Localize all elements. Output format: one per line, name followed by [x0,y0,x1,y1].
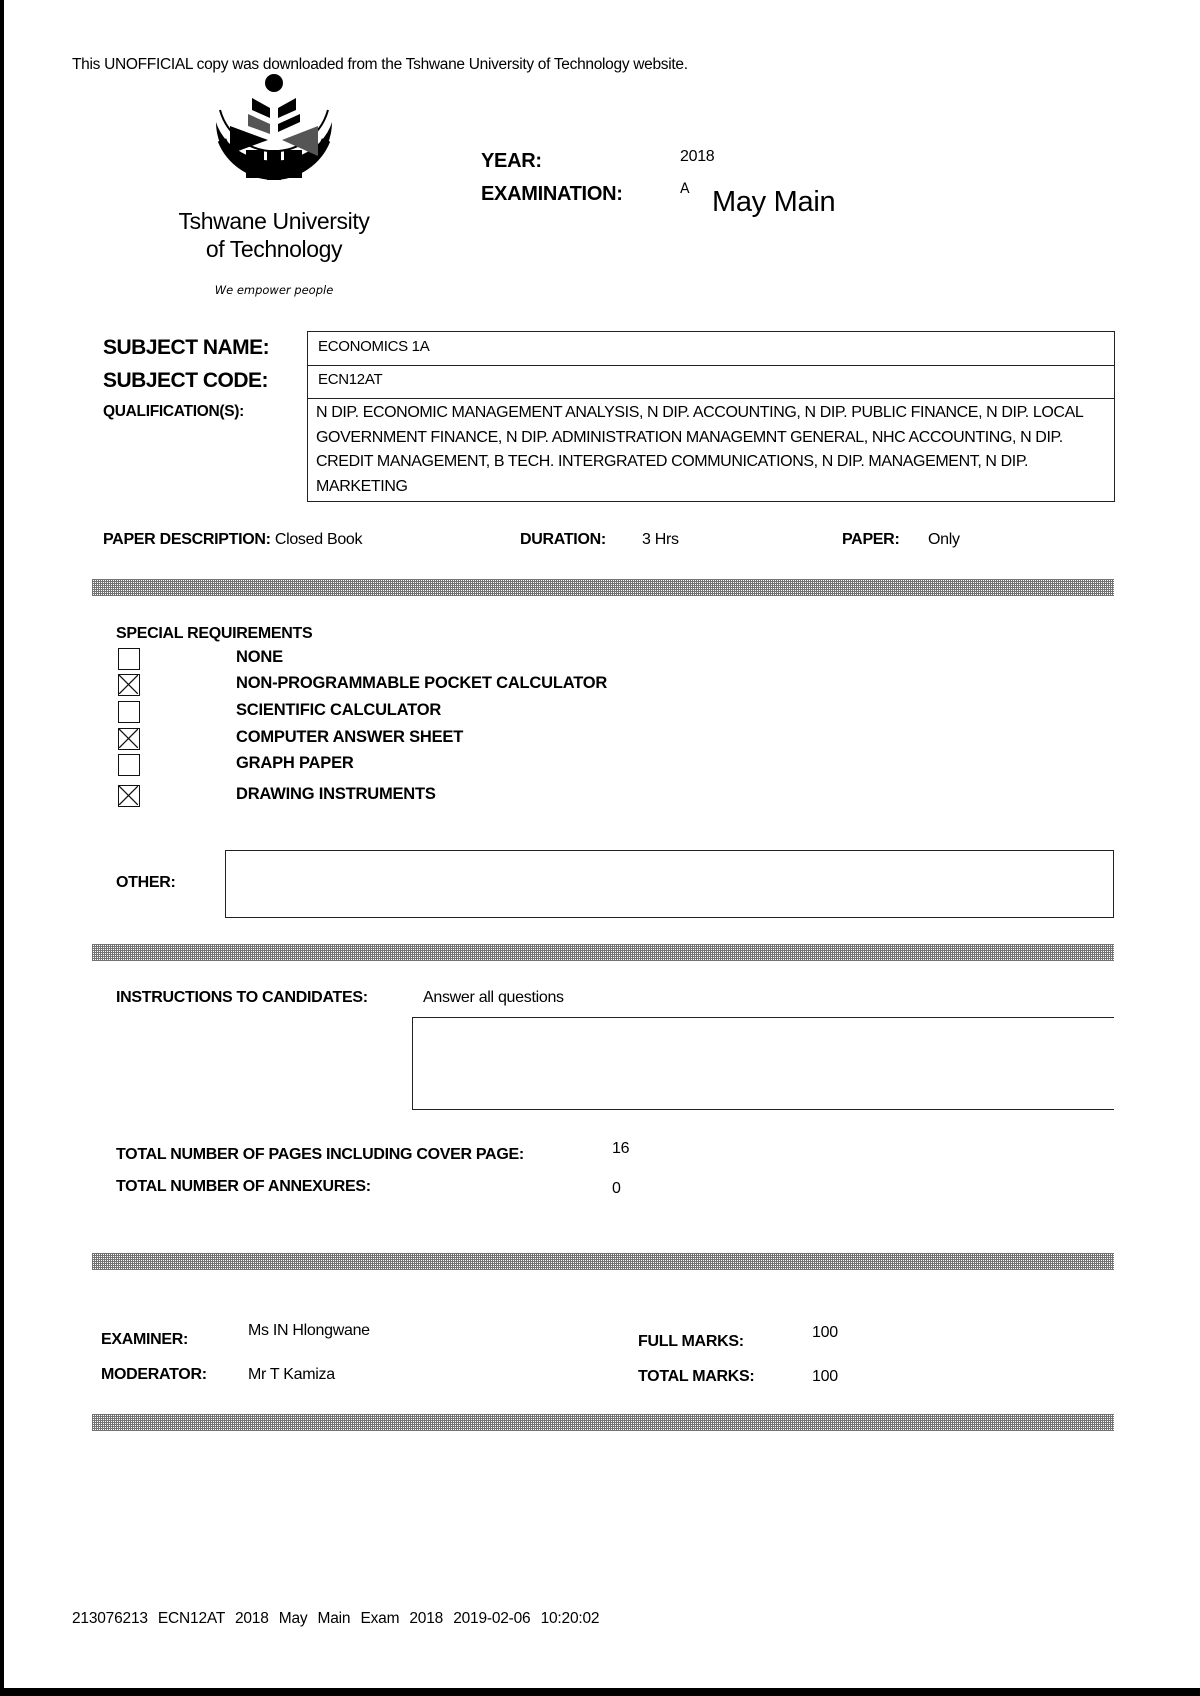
subject-code-label: SUBJECT CODE: [103,369,268,393]
total-pages-value: 16 [612,1140,629,1158]
tut-crest-logo-icon [206,70,342,198]
instructions-value: Answer all questions [423,989,564,1007]
moderator-label: MODERATOR: [101,1366,207,1384]
moderator-value: Mr T Kamiza [248,1366,335,1384]
section-divider [92,1253,1114,1270]
section-divider [92,579,1114,596]
institution-name: Tshwane University of Technology [150,207,398,263]
duration-value: 3 Hrs [642,531,679,549]
duration-label: DURATION: [520,531,606,549]
paper-description-value: Closed Book [275,531,362,548]
paper-value: Only [928,531,960,549]
empty-checkbox-icon[interactable] [118,754,140,776]
requirement-label: COMPUTER ANSWER SHEET [236,728,463,747]
empty-checkbox-icon[interactable] [118,701,140,723]
requirement-label: GRAPH PAPER [236,754,354,773]
examination-label: EXAMINATION: [481,183,623,206]
page-left-border [0,0,4,1696]
page-bottom-border [0,1688,1200,1696]
footer-subject-code: ECN12AT [158,1610,225,1627]
checked-box-icon[interactable] [118,728,140,750]
paper-description: PAPER DESCRIPTION: Closed Book [103,531,362,549]
special-requirements-title: SPECIAL REQUIREMENTS [116,625,312,643]
qualifications-label: QUALIFICATION(S): [103,403,244,421]
download-footer: 213076213 ECN12AT 2018 May Main Exam 201… [72,1610,599,1628]
requirement-label: NONE [236,648,283,667]
qualifications-value: N DIP. ECONOMIC MANAGEMENT ANALYSIS, N D… [316,401,1116,499]
total-marks-label: TOTAL MARKS: [638,1368,754,1386]
paper-label: PAPER: [842,531,899,549]
other-label: OTHER: [116,874,176,892]
examination-prefix: A [680,181,690,197]
full-marks-value: 100 [812,1324,838,1342]
paper-description-label: PAPER DESCRIPTION: [103,531,271,548]
requirement-label: SCIENTIFIC CALCULATOR [236,701,441,720]
subject-code-field [307,365,1115,399]
footer-timestamp: 2019-02-06 10:20:02 [453,1610,599,1627]
unofficial-notice: This UNOFFICIAL copy was downloaded from… [72,56,688,74]
footer-year: 2018 [235,1610,269,1627]
subject-code-value: ECN12AT [318,371,382,388]
full-marks-label: FULL MARKS: [638,1333,744,1351]
total-annexures-value: 0 [612,1180,621,1198]
institution-tagline: We empower people [150,283,398,297]
examiner-label: EXAMINER: [101,1331,188,1349]
section-divider [92,944,1114,961]
total-annexures-label: TOTAL NUMBER OF ANNEXURES: [116,1178,371,1196]
checked-box-icon[interactable] [118,785,140,807]
subject-name-label: SUBJECT NAME: [103,336,269,360]
requirement-label: DRAWING INSTRUMENTS [236,785,436,804]
institution-name-line1: Tshwane University [150,207,398,235]
total-pages-label: TOTAL NUMBER OF PAGES INCLUDING COVER PA… [116,1146,524,1164]
footer-student-number: 213076213 [72,1610,148,1627]
subject-name-value: ECONOMICS 1A [318,338,429,355]
instructions-label: INSTRUCTIONS TO CANDIDATES: [116,989,368,1007]
total-marks-value: 100 [812,1368,838,1386]
empty-checkbox-icon[interactable] [118,648,140,670]
requirement-label: NON-PROGRAMMABLE POCKET CALCULATOR [236,674,607,693]
examiner-value: Ms IN Hlongwane [248,1322,370,1340]
examination-value: May Main [712,186,835,219]
year-value: 2018 [680,148,714,166]
institution-name-line2: of Technology [150,235,398,263]
instructions-field [412,1017,1114,1110]
year-label: YEAR: [481,150,542,173]
checked-box-icon[interactable] [118,674,140,696]
footer-exam: May Main Exam 2018 [279,1610,443,1627]
section-divider [92,1414,1114,1431]
other-field [225,850,1114,918]
